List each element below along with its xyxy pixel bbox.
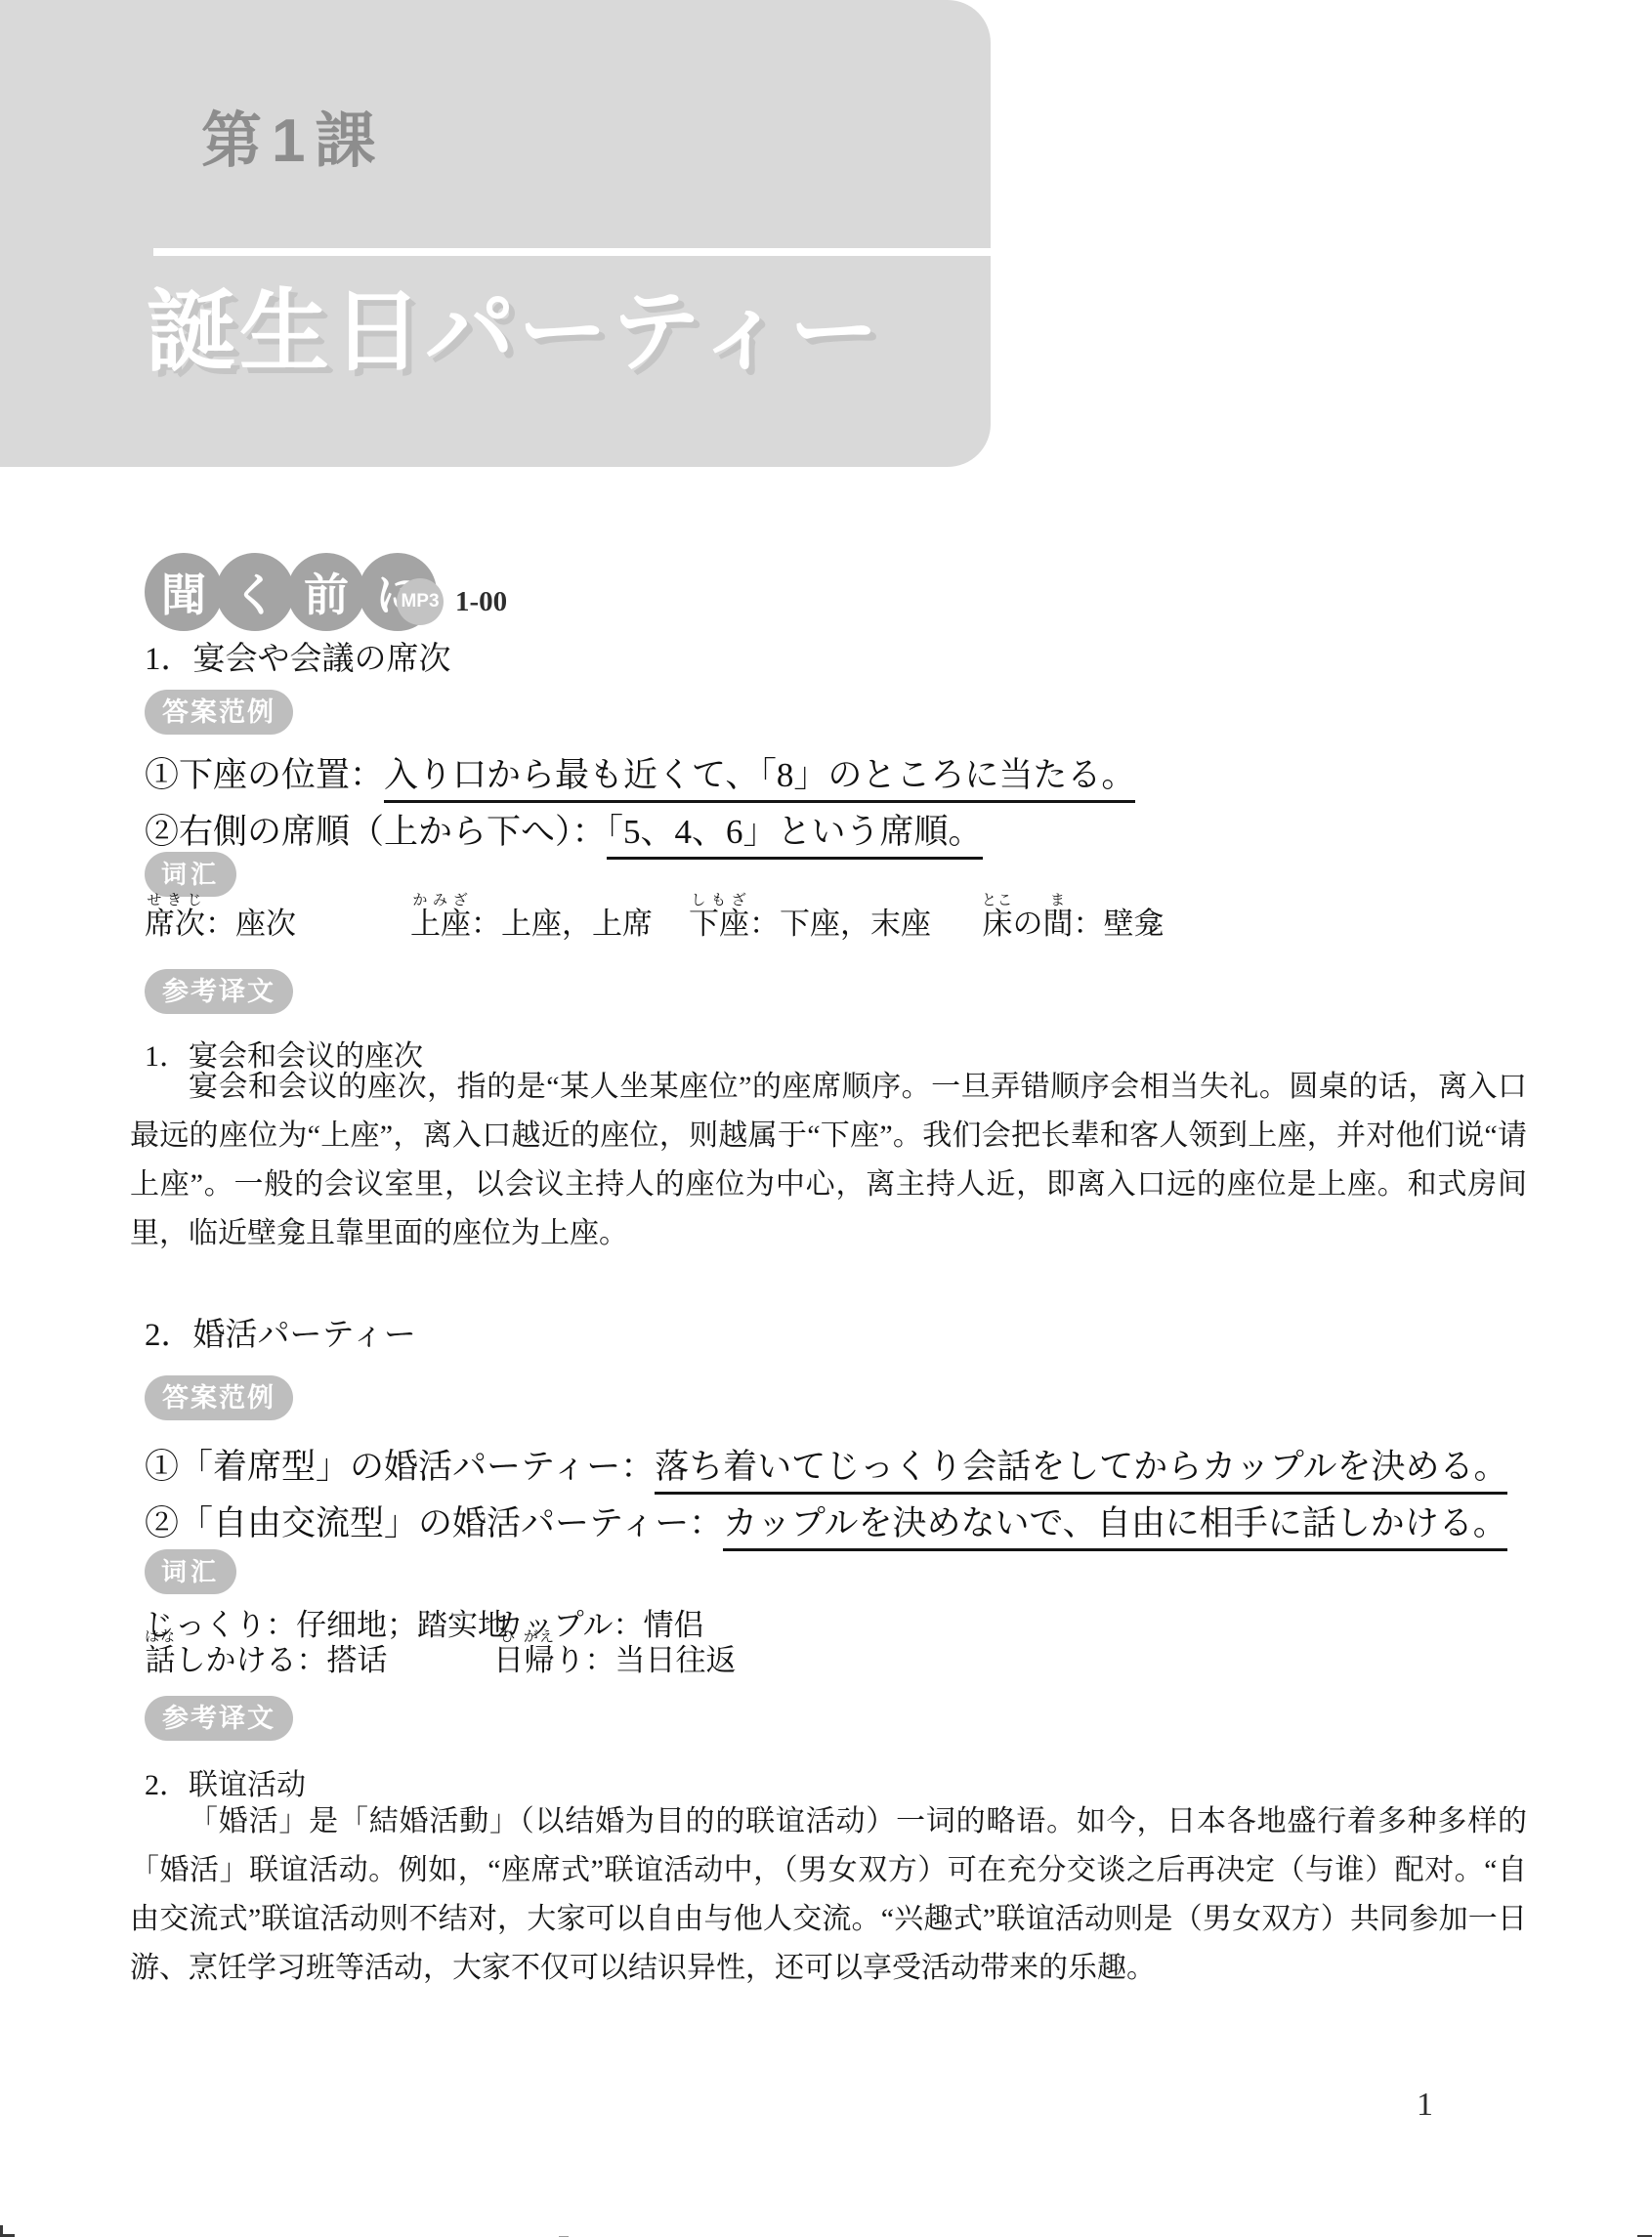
vocab-item: 日ひ帰がえり：当日往返 [493,1629,737,1679]
answer-prefix: ①「着席型」の婚活パーティー： [145,1448,655,1486]
section1-heading: 1．宴会や会議の席次 [145,633,451,679]
scan-mark-bottom-right [1637,2226,1652,2237]
badge-circle-char: 聞 [145,553,223,631]
mp3-icon-label: MP3 [401,591,439,612]
answer-prefix: ①下座の位置： [145,756,384,794]
reference-translation-badge: 参考译文 [145,969,293,1014]
vocab-item: 話はなしかける：搭话 [145,1629,388,1679]
answer-line: ①「着席型」の婚活パーティー：落ち着いてじっくり会話をしてからカップルを決める。 [145,1440,1507,1489]
vocabulary-badge: 词汇 [145,1549,236,1594]
lesson-number: 第1課 [201,92,385,179]
badge-circle-char: く [216,553,294,631]
answer-line: ②「自由交流型」の婚活パーティー：カップルを決めないで、自由に相手に話しかける。 [145,1497,1507,1545]
vocab-item: 上座かみざ：上座，上席 [410,893,653,943]
textbook-page: 第1課 誕生日パーティー 聞 く 前 に MP3 1-00 1．宴会や会議の席次… [0,0,1652,2237]
translation-paragraph: 「婚活」是「結婚活動」（以结婚为目的的联谊活动）一词的略语。如今，日本各地盛行着… [130,1797,1527,1993]
answer-underlined: 落ち着いてじっくり会話をしてからカップルを決める。 [655,1448,1507,1495]
answer-underlined: 入り口から最も近くて、「8」のところに当たる。 [384,756,1135,803]
answer-sample-badge: 答案范例 [145,690,293,735]
mp3-icon: MP3 [397,578,444,625]
lesson-title: 誕生日パーティー [147,260,882,389]
scan-mark-bottom-left [0,2225,15,2237]
answer-prefix: ②「自由交流型」の婚活パーティー： [145,1504,723,1542]
answer-underlined: 「5、4、6」という席順。 [607,813,983,860]
header-divider [153,248,991,256]
reference-translation-badge: 参考译文 [145,1696,293,1741]
translation-paragraph: 宴会和会议的座次，指的是“某人坐某座位”的座席顺序。一旦弄错顺序会相当失礼。圆桌… [130,1063,1527,1258]
mp3-track-number: 1-00 [455,586,507,618]
answer-sample-badge: 答案范例 [145,1375,293,1420]
vocab-item: 下座しもざ：下座，末座 [689,893,931,943]
answer-underlined: カップルを決めないで、自由に相手に話しかける。 [723,1504,1507,1551]
lesson-header: 第1課 誕生日パーティー [0,0,991,467]
badge-circle-char: 前 [287,553,365,631]
scan-mark-bottom-center [559,2229,569,2237]
vocab-item: 席次せきじ：座次 [145,893,296,943]
answer-line: ②右側の席順（上から下へ）：「5、4、6」という席順。 [145,805,983,854]
answer-prefix: ②右側の席順（上から下へ）： [145,813,607,851]
section2-heading: 2．婚活パーティー [145,1309,416,1355]
pre-listening-badge: 聞 く 前 に [145,553,430,631]
page-number: 1 [1417,2087,1433,2124]
answer-line: ①下座の位置：入り口から最も近くて、「8」のところに当たる。 [145,748,1135,797]
vocab-item: 床とこの間ま：壁龛 [982,893,1165,943]
vocabulary-badge: 词汇 [145,852,236,897]
